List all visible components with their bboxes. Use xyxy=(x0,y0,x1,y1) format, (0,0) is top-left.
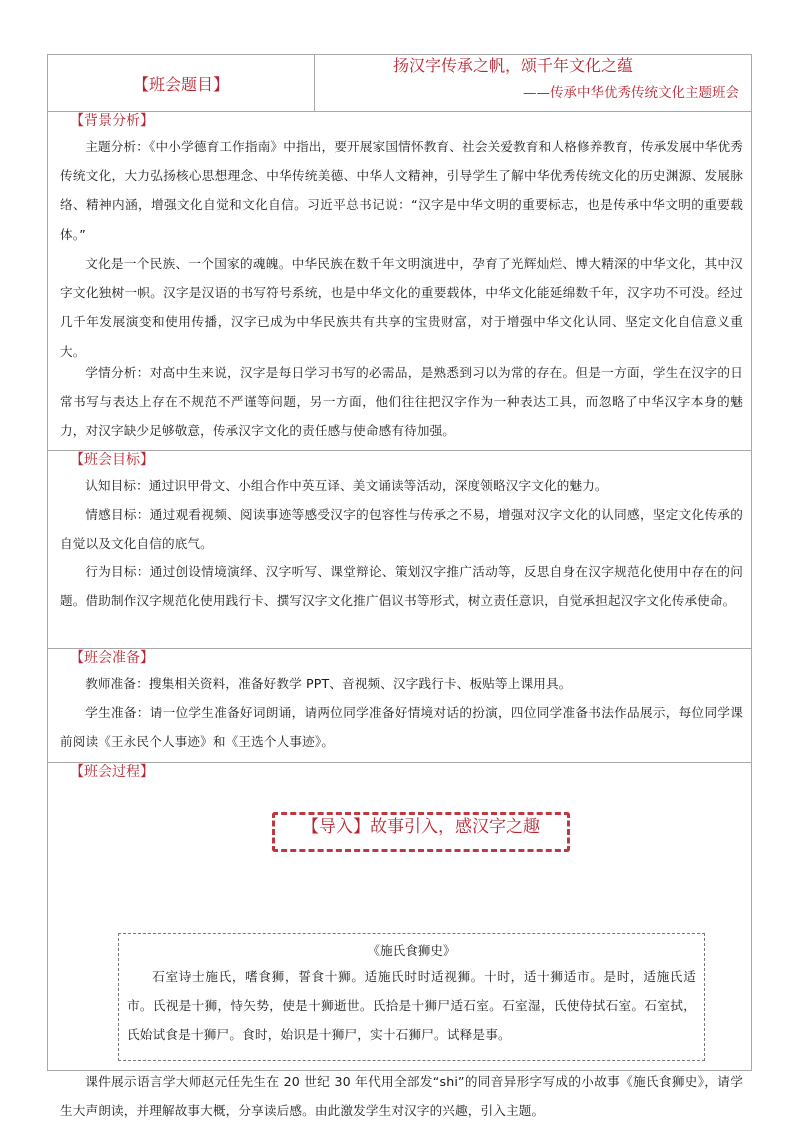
paragraph: 学生准备：请一位学生准备好词朗诵，请两位同学准备好情境对话的扮演，四位同学准备书… xyxy=(60,698,743,756)
story-text: 石室诗士施氏，嗜食狮，誓食十狮。适施氏时时适视狮。十时，适十狮适市。是时，适施氏… xyxy=(127,962,696,1049)
goals-section: 【班会目标】 认知目标：通过识甲骨文、小组合作中英互译、美文诵读等活动，深度领略… xyxy=(48,450,751,648)
stamp-text: 【导入】故事引入，感汉字之趣 xyxy=(272,816,570,838)
paragraph: 主题分析：《中小学德育工作指南》中指出，要开展家国情怀教育、社会关爱教育和人格修… xyxy=(60,132,743,249)
section-heading: 【班会准备】 xyxy=(70,649,154,667)
intro-stamp-banner: 【导入】故事引入，感汉字之趣 xyxy=(272,812,570,852)
section-heading: 【班会目标】 xyxy=(70,451,154,469)
section-heading: 【班会过程】 xyxy=(70,763,154,781)
header-row: 【班会题目】 扬汉字传承之帆，颂千年文化之蕴 ——传承中华优秀传统文化主题班会 xyxy=(48,55,751,111)
paragraph: 认知目标：通过识甲骨文、小组合作中英互译、美文诵读等活动，深度领略汉字文化的魅力… xyxy=(60,471,743,500)
story-box: 《施氏食狮史》 石室诗士施氏，嗜食狮，誓食十狮。适施氏时时适视狮。十时，适十狮适… xyxy=(118,933,705,1061)
preparation-section: 【班会准备】 教师准备：搜集相关资料，准备好教学 PPT、音视频、汉字践行卡、板… xyxy=(48,648,751,762)
subtitle: ——传承中华优秀传统文化主题班会 xyxy=(523,81,739,101)
paragraph: 行为目标：通过创设情境演绎、汉字听写、课堂辩论、策划汉字推广活动等，反思自身在汉… xyxy=(60,557,743,615)
process-section: 【班会过程】 【导入】故事引入，感汉字之趣 《施氏食狮史》 石室诗士施氏，嗜食狮… xyxy=(48,762,751,1072)
background-section: 【背景分析】 主题分析：《中小学德育工作指南》中指出，要开展家国情怀教育、社会关… xyxy=(48,111,751,450)
paragraph: 教师准备：搜集相关资料，准备好教学 PPT、音视频、汉字践行卡、板贴等上课用具。 xyxy=(60,669,743,698)
topic-label: 【班会题目】 xyxy=(48,55,315,111)
paragraph: 课件展示语言学大师赵元任先生在 20 世纪 30 年代用全部发“shi”的同音异… xyxy=(60,1067,743,1122)
topic-cell: 扬汉字传承之帆，颂千年文化之蕴 ——传承中华优秀传统文化主题班会 xyxy=(315,55,751,111)
main-title: 扬汉字传承之帆，颂千年文化之蕴 xyxy=(393,53,633,76)
lesson-plan-table: 【班会题目】 扬汉字传承之帆，颂千年文化之蕴 ——传承中华优秀传统文化主题班会 … xyxy=(47,54,752,1071)
paragraph: 情感目标：通过观看视频、阅读事迹等感受汉字的包容性与传承之不易，增强对汉字文化的… xyxy=(60,500,743,558)
section-heading: 【背景分析】 xyxy=(70,112,154,130)
story-title: 《施氏食狮史》 xyxy=(119,940,704,959)
paragraph: 文化是一个民族、一个国家的魂魄。中华民族在数千年文明演进中，孕育了光辉灿烂、博大… xyxy=(60,249,743,366)
paragraph: 学情分析：对高中生来说，汉字是每日学习书写的必需品，是熟悉到习以为常的存在。但是… xyxy=(60,358,743,446)
